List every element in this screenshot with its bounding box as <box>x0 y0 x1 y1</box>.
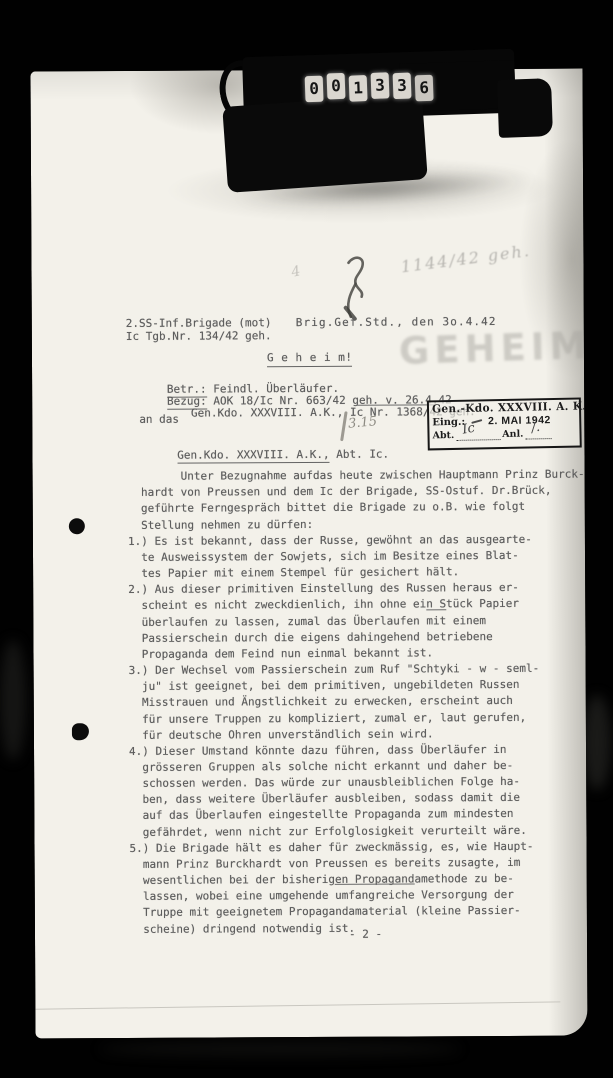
counter-digits: 0 0 1 3 3 6 <box>305 70 434 100</box>
counter-digit: 3 <box>393 73 412 100</box>
stamp-anl-line: /. <box>525 427 551 439</box>
body-lines: Unter Bezugnahme aufdas heute zwischen H… <box>128 468 585 936</box>
counter-digit: 0 <box>327 73 346 100</box>
letterhead-place-date: Brig.Gef.Std., den 3o.4.42 <box>296 315 497 330</box>
counter-body <box>222 93 428 193</box>
handwritten-anl-value: /. <box>530 420 541 436</box>
address-intro: an das <box>139 413 179 427</box>
counter-digit: 6 <box>415 75 434 102</box>
letterhead-unit-line2: Ic Tgb.Nr. 134/42 geh. <box>126 329 272 344</box>
document-page: GEHEIM 1144/42 geh. 4 2.SS-Inf.Brigade (… <box>30 69 587 1039</box>
faint-geheim-stamp: GEHEIM <box>398 324 587 373</box>
hole-punch-bottom <box>72 723 89 740</box>
receipt-stamp: Gen.-Kdo. XXXVIII. A. K. Eing.: 2. MAI 1… <box>427 398 582 451</box>
stamp-abt-line: Ic <box>456 428 500 441</box>
counter-knob <box>497 78 553 138</box>
stamp-eing-date: 2. MAI 1942 <box>488 414 551 427</box>
pencil-check-mark: 4 <box>290 263 302 281</box>
stamp-abt-label: Abt. <box>432 430 454 441</box>
pencil-squiggle-mark <box>328 253 376 323</box>
sheet-edge-line <box>35 1001 560 1009</box>
pencil-mark-315: 3.15 <box>341 408 379 441</box>
counter-digit: 0 <box>305 76 324 103</box>
film-noise-blob <box>100 1042 460 1056</box>
typed-underline-mit <box>426 609 446 610</box>
page-number: - 2 - <box>349 928 382 942</box>
stamp-anl-label: Anl. <box>502 429 523 440</box>
film-noise-blob <box>0 640 26 760</box>
counter-digit: 1 <box>349 75 368 102</box>
stamp-abt-anl-row: Abt. Ic Anl. /. <box>432 427 576 442</box>
hole-punch-top <box>69 518 85 534</box>
microfilm-frame: GEHEIM 1144/42 geh. 4 2.SS-Inf.Brigade (… <box>0 0 613 1078</box>
body-text: Unter Bezugnahme aufdas heute zwischen H… <box>127 451 587 987</box>
pencil-file-number-annotation: 1144/42 geh. <box>400 241 532 276</box>
pencil-mark-value: 3.15 <box>348 414 378 432</box>
handwritten-abt-value: Ic <box>461 421 476 438</box>
counter-digit: 3 <box>371 72 390 99</box>
classification-title: G e h e i m! <box>267 351 353 367</box>
film-noise-blob <box>583 695 611 790</box>
pencil-stroke <box>340 411 348 441</box>
